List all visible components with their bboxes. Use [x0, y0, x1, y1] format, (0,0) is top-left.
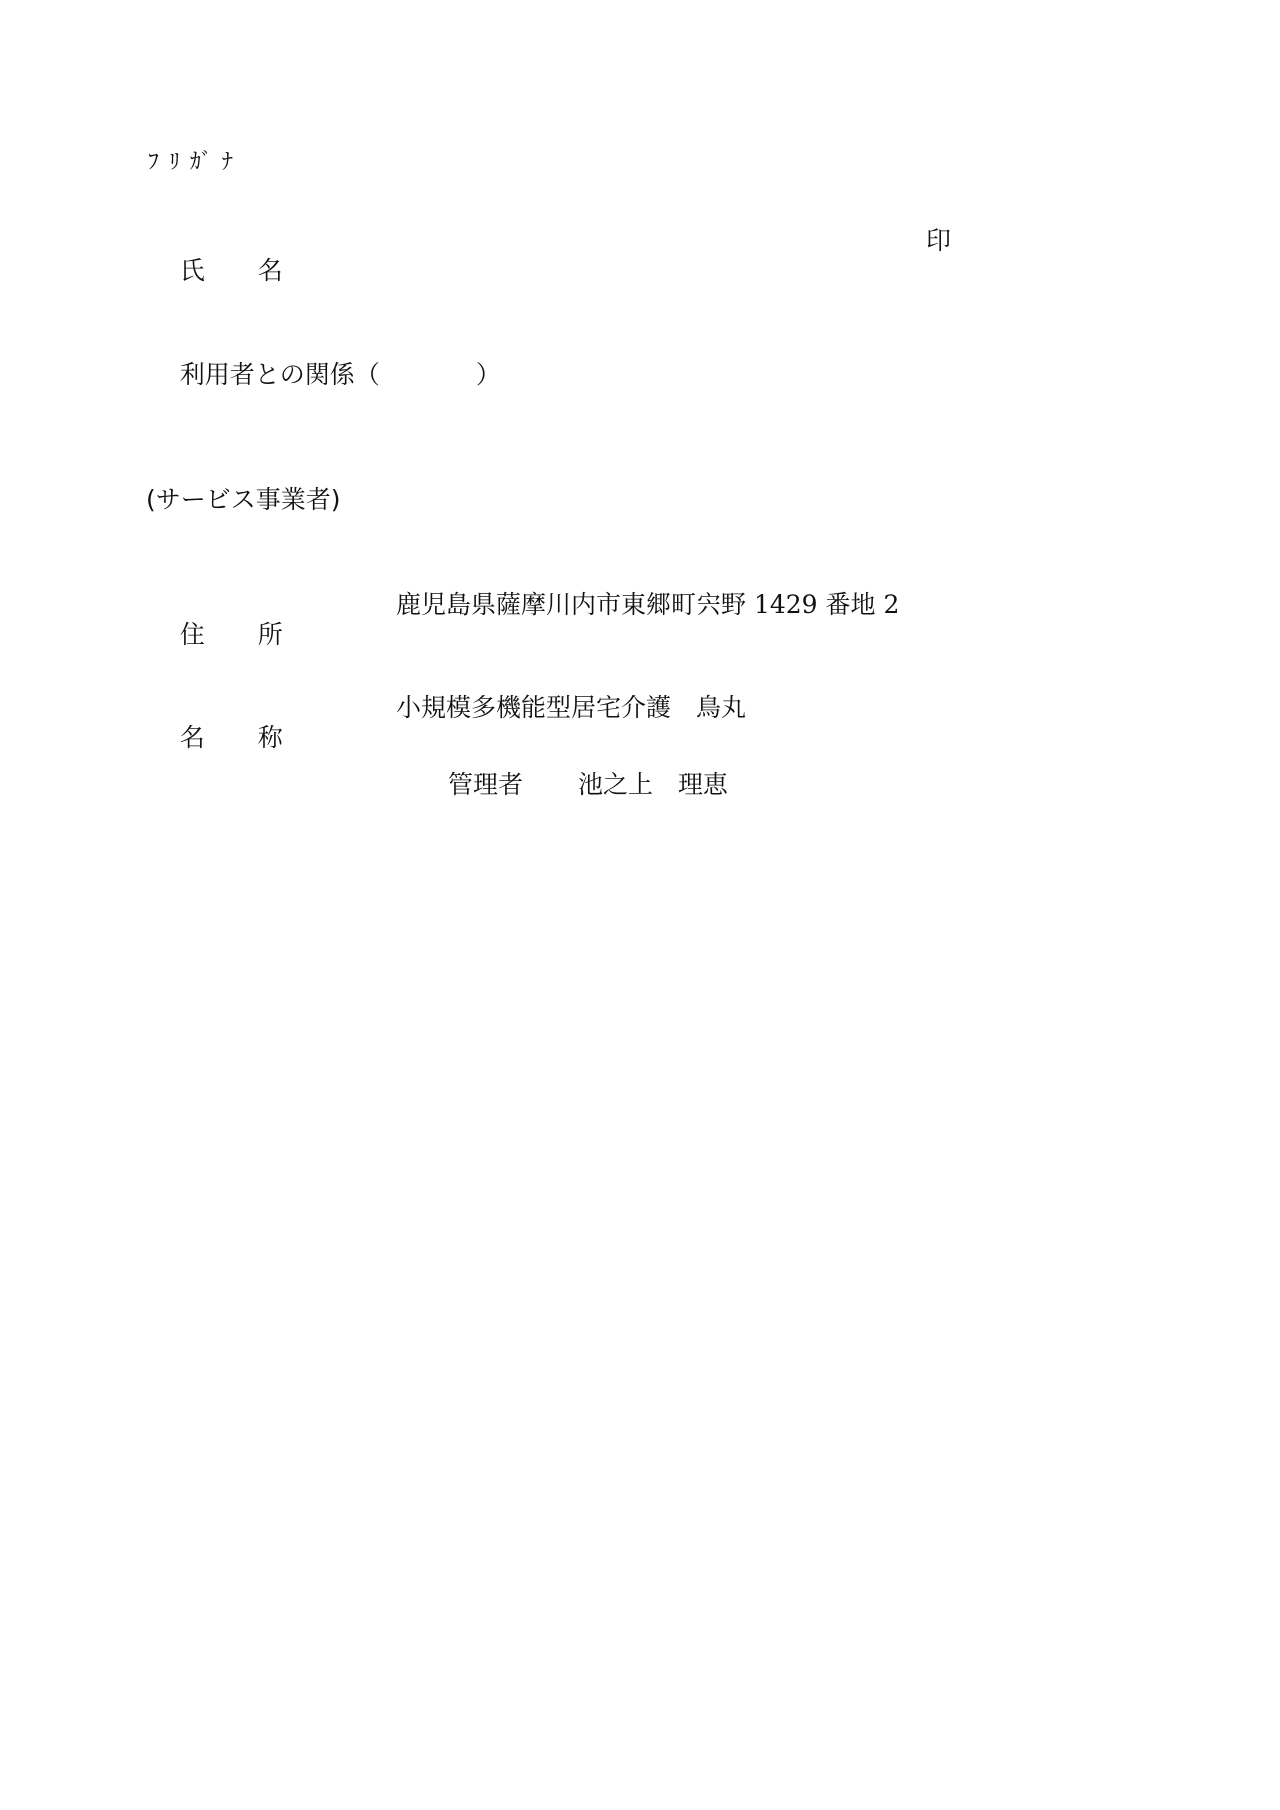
furigana-label: ﾌﾘｶﾞﾅ [148, 148, 243, 178]
relationship-close-paren: ） [476, 360, 501, 389]
manager-name: 池之上 理恵 [578, 770, 728, 800]
name-label: 氏名 [148, 226, 283, 316]
name-label-part-1: 氏 [180, 256, 258, 286]
relationship-row: 利用者との関係（） [148, 330, 501, 420]
facility-value: 小規模多機能型居宅介護 鳥丸 [396, 693, 746, 723]
seal-label: 印 [926, 226, 951, 256]
address-label-part-1: 住 [180, 620, 258, 650]
address-label: 住所 [148, 590, 283, 680]
name-label-part-2: 名 [258, 256, 283, 286]
manager-title: 管理者 [448, 770, 523, 800]
relationship-label: 利用者との関係 [180, 360, 355, 389]
provider-heading: (サービス事業者) [146, 485, 341, 515]
address-value: 鹿児島県薩摩川内市東郷町宍野 1429 番地 2 [396, 590, 899, 620]
address-label-part-2: 所 [258, 620, 283, 650]
facility-label-part-2: 称 [258, 723, 283, 753]
document-page: ﾌﾘｶﾞﾅ 氏名 印 利用者との関係（） (サービス事業者) 住所 鹿児島県薩摩… [0, 0, 1280, 1810]
facility-label: 名称 [148, 693, 283, 783]
relationship-open-paren: （ [355, 360, 380, 389]
facility-label-part-1: 名 [180, 723, 258, 753]
